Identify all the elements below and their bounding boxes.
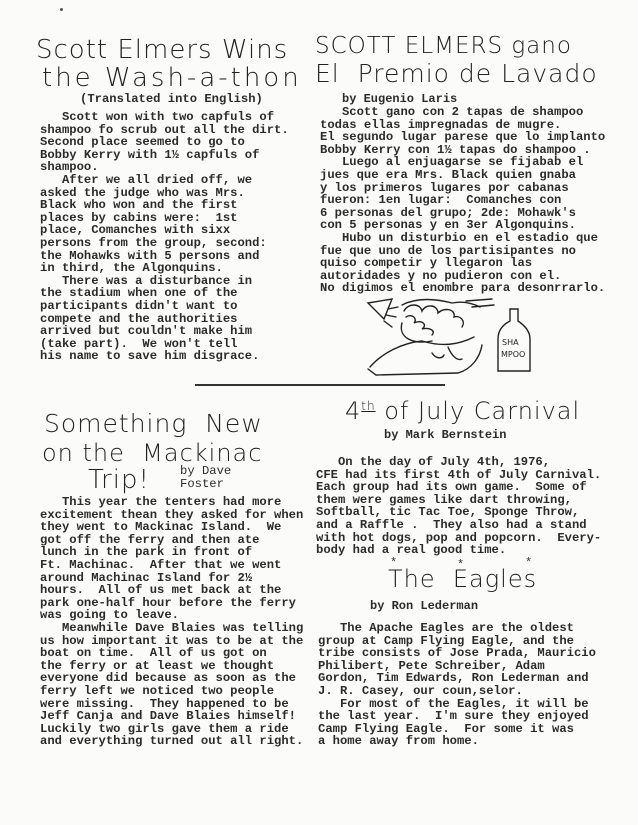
article-byline: by Mark Bernstein <box>384 428 506 442</box>
article-body: Scott won with two capfuls of shampoo fo… <box>40 111 289 363</box>
article-body: Scott gano con 2 tapas de shampoo todas … <box>320 106 605 295</box>
title-number: 4 <box>345 397 361 425</box>
bottle-label: MPOO <box>501 350 525 359</box>
article-body: The Apache Eagles are the oldest group a… <box>318 622 596 748</box>
paper-speck <box>60 8 63 11</box>
article-title-line3: Trip! <box>88 466 150 495</box>
article-title-line2: El Premio de Lavado <box>315 60 598 88</box>
article-title: 4th of July Carnival <box>345 398 580 424</box>
article-body: On the day of July 4th, 1976, CFE had it… <box>316 456 601 557</box>
article-byline: by Eugenio Laris <box>342 92 457 106</box>
article-title-line2: the Wash-a-thon <box>42 64 302 93</box>
article-title-line1: Scott Elmers Wins <box>36 36 288 65</box>
article-byline: by Dave Foster <box>180 465 231 490</box>
title-text: of July Carnival <box>384 397 580 425</box>
article-title-line1: Something New <box>44 410 263 438</box>
article-title-line1: SCOTT ELMERS gano <box>315 34 572 59</box>
title-superscript: th <box>361 399 375 413</box>
article-byline: by Ron Lederman <box>370 599 478 613</box>
section-divider <box>195 384 445 386</box>
article-body: This year the tenters had more excitemen… <box>40 496 303 748</box>
shampoo-hair-wash-illustration: SHA MPOO <box>362 297 542 379</box>
article-subtitle: (Translated into English) <box>80 93 263 106</box>
article-title: The Eagles <box>388 566 537 592</box>
bottle-label: SHA <box>502 338 519 347</box>
article-title-line2: on the Mackinac <box>42 440 262 466</box>
